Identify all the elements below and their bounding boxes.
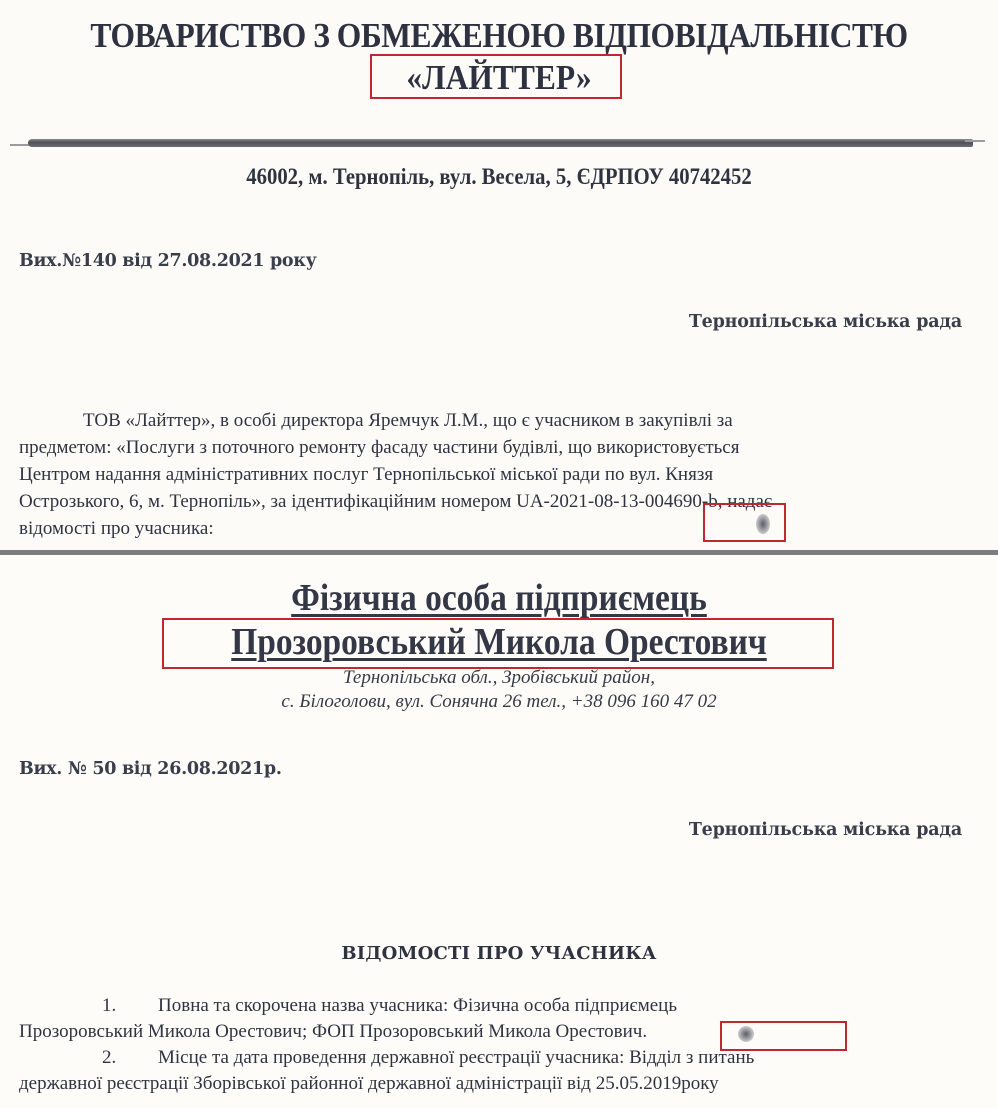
body-line: відомості про учасника: [19, 515, 962, 542]
info-item-2: 2.Місце та дата проведення державної реє… [19, 1045, 964, 1097]
item-text-highlighted: Орестович. [556, 1021, 648, 1042]
letterhead-rule [28, 139, 973, 147]
company-name: «ЛАЙТТЕР» [50, 58, 948, 98]
company-address: 46002, м. Тернопіль, вул. Весела, 5, ЄДР… [50, 164, 948, 190]
body-line: Центром надання адміністративних послуг … [19, 461, 962, 488]
letter-body: ТОВ «Лайттер», в особі директора Яремчук… [19, 407, 962, 542]
item-text: Місце та дата проведення державної реєст… [158, 1047, 754, 1068]
item-text: державної реєстрації Зборівської районно… [19, 1071, 964, 1097]
ink-smudge [756, 514, 770, 534]
body-line: предметом: «Послуги з поточного ремонту … [19, 434, 962, 461]
body-line: Острозького, 6, м. Тернопіль», за іденти… [19, 488, 962, 515]
body-line: ТОВ «Лайттер», в особі директора Яремчук… [19, 407, 962, 434]
entrepreneur-address-line: с. Білоголови, вул. Сонячна 26 тел., +38… [0, 690, 998, 714]
recipient: Тернопільська міська рада [689, 820, 962, 840]
outgoing-number: Вих.№140 від 27.08.2021 року [19, 251, 317, 271]
section-heading: ВІДОМОСТІ ПРО УЧАСНИКА [0, 943, 998, 964]
item-number: 1. [102, 993, 158, 1019]
item-text: Повна та скорочена назва учасника: Фізич… [158, 995, 677, 1016]
entrepreneur-address-line: Тернопільська обл., Зробівський район, [0, 666, 998, 690]
company-legal-form-heading: ТОВАРИСТВО З ОБМЕЖЕНОЮ ВІДПОВІДАЛЬНІСТЮ [50, 16, 948, 56]
entrepreneur-letter: Фізична особа підприємець Прозоровський … [0, 556, 998, 1108]
entrepreneur-name: Прозоровський Микола Орестович [60, 620, 938, 664]
item-text: Прозоровський Микола Орестович; ФОП Проз… [19, 1021, 556, 1042]
item-number: 2. [102, 1045, 158, 1071]
recipient: Тернопільська міська рада [689, 312, 962, 332]
info-item-1: 1.Повна та скорочена назва учасника: Фіз… [19, 993, 964, 1045]
company-letter: ТОВАРИСТВО З ОБМЕЖЕНОЮ ВІДПОВІДАЛЬНІСТЮ … [0, 0, 998, 550]
outgoing-number: Вих. № 50 від 26.08.2021р. [19, 759, 282, 779]
screenshot-separator [0, 550, 998, 555]
letterhead-rule-tail [965, 140, 985, 142]
entrepreneur-title: Фізична особа підприємець [60, 576, 938, 620]
ink-smudge [738, 1026, 754, 1042]
